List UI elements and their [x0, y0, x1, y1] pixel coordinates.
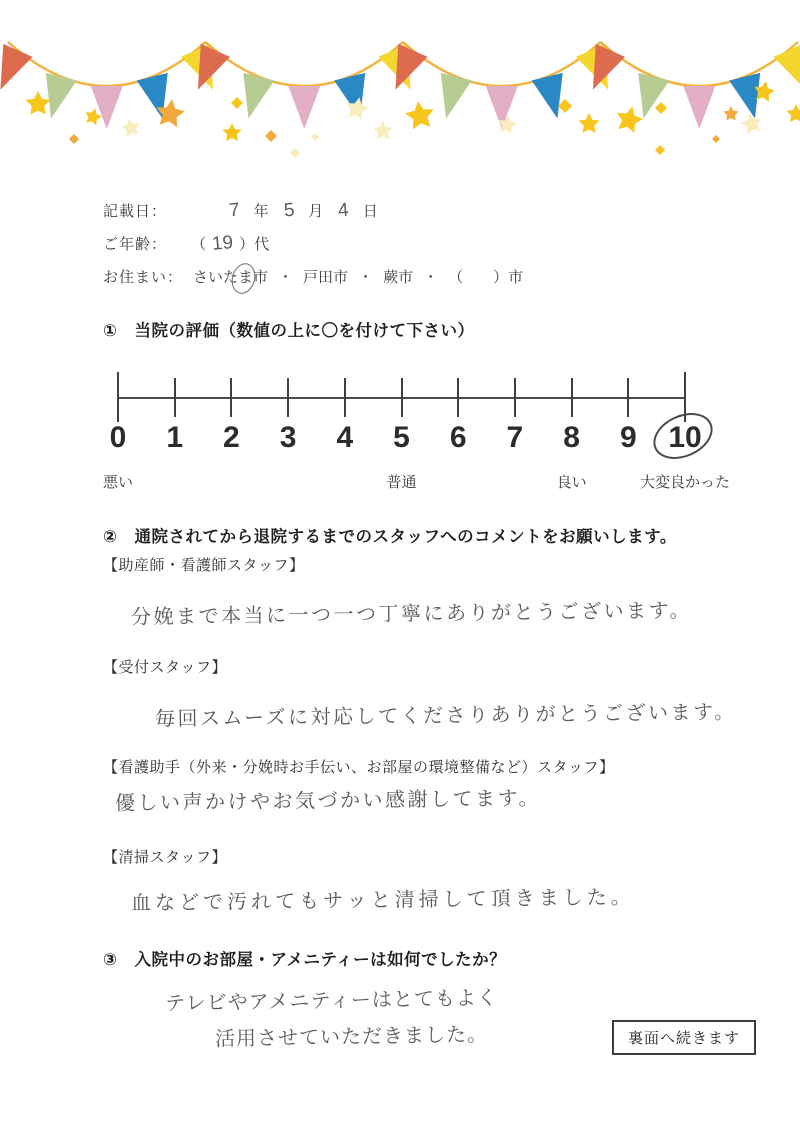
star-icon — [579, 113, 600, 133]
section-nursing-assistant: 【看護助手（外来・分娩時お手伝い、お部屋の環境整備など）スタッフ】 優しい声かけ… — [103, 756, 750, 812]
scale-number-8: 8 — [549, 421, 595, 455]
staff-comment-sections: 【助産師・看護師スタッフ】 分娩まで本当に一つ一つ丁寧にありがとうございます。 … — [103, 554, 750, 912]
staff-category-label: 【受付スタッフ】 — [103, 656, 750, 677]
diamond-sparkle-icon — [69, 134, 79, 144]
handwritten-comment: 分娩まで本当に一つ一つ丁寧にありがとうございます。 — [131, 593, 750, 630]
flag-pennant — [183, 44, 230, 96]
scale-tick — [571, 378, 573, 417]
flag-pennant — [36, 73, 77, 122]
flag-pennant — [431, 73, 472, 122]
handwritten-comment: 毎回スムーズに対応してくださりありがとうございます。 — [155, 695, 750, 731]
residence-option-warabi: 蕨市 — [383, 266, 413, 287]
residence-option-other: （ ）市 — [448, 266, 523, 287]
date-label: 記載日： — [103, 200, 167, 221]
age-label: ご年齢： — [103, 233, 167, 254]
age-paren-open: （ — [191, 233, 206, 254]
scale-number-2: 2 — [208, 421, 254, 455]
age-value-handwritten: 19 — [211, 232, 234, 256]
star-icon — [723, 106, 738, 121]
flag-pennant — [233, 73, 274, 122]
star-icon — [787, 104, 800, 122]
bunting-string — [601, 42, 799, 86]
residence-option-saitama: さいたま市 — [193, 266, 268, 287]
star-icon — [223, 123, 242, 141]
diamond-sparkle-icon — [265, 130, 277, 142]
star-icon — [617, 106, 643, 133]
scale-tick — [287, 378, 289, 417]
star-icon — [121, 118, 140, 137]
flag-pennant — [578, 44, 625, 96]
flag-pennant — [773, 44, 800, 96]
flag-pennant — [381, 44, 428, 96]
star-icon — [26, 91, 51, 115]
continue-on-back-box: 裏面へ続きます — [612, 1020, 756, 1055]
star-icon — [86, 108, 103, 125]
scale-number-0: 0 — [95, 421, 141, 455]
question1-heading: ① 当院の評価（数値の上に〇を付けて下さい） — [103, 317, 750, 341]
star-icon — [741, 113, 761, 134]
option-separator: ・ — [278, 266, 293, 287]
rating-scale: 012345678910 — [118, 371, 685, 451]
question2-heading: ② 通院されてから退院するまでのスタッフへのコメントをお願いします。 — [103, 523, 750, 547]
scale-tick — [514, 378, 516, 417]
month-unit: 月 — [308, 200, 324, 221]
section-reception: 【受付スタッフ】 毎回スムーズに対応してくださりありがとうございます。 — [103, 656, 750, 728]
staff-category-label: 【清掃スタッフ】 — [103, 846, 750, 867]
scale-tick — [627, 378, 629, 417]
day-unit: 日 — [363, 200, 379, 221]
diamond-sparkle-icon — [655, 145, 665, 155]
star-icon — [374, 121, 393, 139]
bunting-banner-decoration — [0, 0, 800, 170]
date-day-handwritten: 4 — [337, 200, 349, 223]
scale-tick — [401, 378, 403, 417]
star-icon — [405, 101, 433, 129]
option-separator: ・ — [358, 266, 373, 287]
flag-pennant — [0, 44, 33, 96]
age-suffix: 代 — [254, 233, 269, 254]
bunting-string — [206, 42, 404, 86]
scale-tick — [457, 378, 459, 417]
diamond-sparkle-icon — [290, 148, 300, 158]
date-month-handwritten: 5 — [283, 200, 295, 223]
respondent-info: 記載日： 7 年 5 月 4 日 ご年齢： （ 19 ） 代 お住まい： さいた… — [103, 200, 750, 287]
bunting-string — [8, 42, 206, 86]
handwritten-answer-line1: テレビやアメニティーはとてもよく — [165, 977, 750, 1016]
section-midwife-nurse: 【助産師・看護師スタッフ】 分娩まで本当に一つ一つ丁寧にありがとうございます。 — [103, 554, 750, 626]
scale-tick — [117, 372, 119, 422]
survey-form-page: 記載日： 7 年 5 月 4 日 ご年齢： （ 19 ） 代 お住まい： さいた… — [0, 0, 800, 1132]
year-unit: 年 — [254, 200, 270, 221]
residence-label: お住まい： — [103, 266, 183, 287]
bunting-string — [403, 42, 601, 86]
date-row: 記載日： 7 年 5 月 4 日 — [103, 200, 750, 222]
scale-tick — [684, 372, 686, 422]
flag-pennant — [683, 86, 715, 129]
scale-anchor-labels: 悪い普通良い大変良かった — [118, 471, 685, 493]
age-row: ご年齢： （ 19 ） 代 — [103, 233, 750, 255]
scale-number-6: 6 — [435, 421, 481, 455]
diamond-sparkle-icon — [558, 99, 572, 113]
scale-anchor-label: 大変良かった — [640, 471, 730, 492]
flag-pennant — [532, 73, 573, 122]
handwritten-comment: 血などで汚れてもサッと清掃して頂きました。 — [131, 879, 750, 916]
section-cleaning: 【清掃スタッフ】 血などで汚れてもサッと清掃して頂きました。 — [103, 846, 750, 912]
scale-anchor-label: 良い — [557, 471, 587, 492]
scale-number-10: 10 — [662, 421, 708, 455]
scale-number-4: 4 — [322, 421, 368, 455]
diamond-sparkle-icon — [311, 133, 319, 141]
diamond-sparkle-icon — [231, 97, 243, 109]
scale-tick — [344, 378, 346, 417]
question3-heading: ③ 入院中のお部屋・アメニティーは如何でしたか？ — [103, 946, 750, 970]
scale-number-7: 7 — [492, 421, 538, 455]
residence-option-toda: 戸田市 — [303, 266, 348, 287]
residence-row: お住まい： さいたま市 ・ 戸田市 ・ 蕨市 ・ （ ）市 — [103, 266, 750, 287]
option-separator: ・ — [423, 266, 438, 287]
scale-anchor-label: 普通 — [386, 471, 416, 492]
diamond-sparkle-icon — [655, 102, 667, 114]
date-year-handwritten: 7 — [228, 200, 240, 223]
diamond-sparkle-icon — [712, 135, 720, 143]
scale-anchor-label: 悪い — [103, 471, 133, 492]
flag-pennant — [288, 86, 320, 129]
scale-number-9: 9 — [605, 421, 651, 455]
scale-number-1: 1 — [152, 421, 198, 455]
scale-tick — [174, 378, 176, 417]
residence-option-text: さいたま市 — [193, 269, 268, 286]
staff-category-label: 【看護助手（外来・分娩時お手伝い、お部屋の環境整備など）スタッフ】 — [103, 756, 750, 777]
age-paren-close: ） — [239, 233, 254, 254]
scale-tick — [230, 378, 232, 417]
scale-number-5: 5 — [379, 421, 425, 455]
staff-category-label: 【助産師・看護師スタッフ】 — [103, 554, 750, 575]
handwritten-comment: 優しい声かけやお気づかい感謝してます。 — [115, 779, 750, 816]
scale-number-3: 3 — [265, 421, 311, 455]
